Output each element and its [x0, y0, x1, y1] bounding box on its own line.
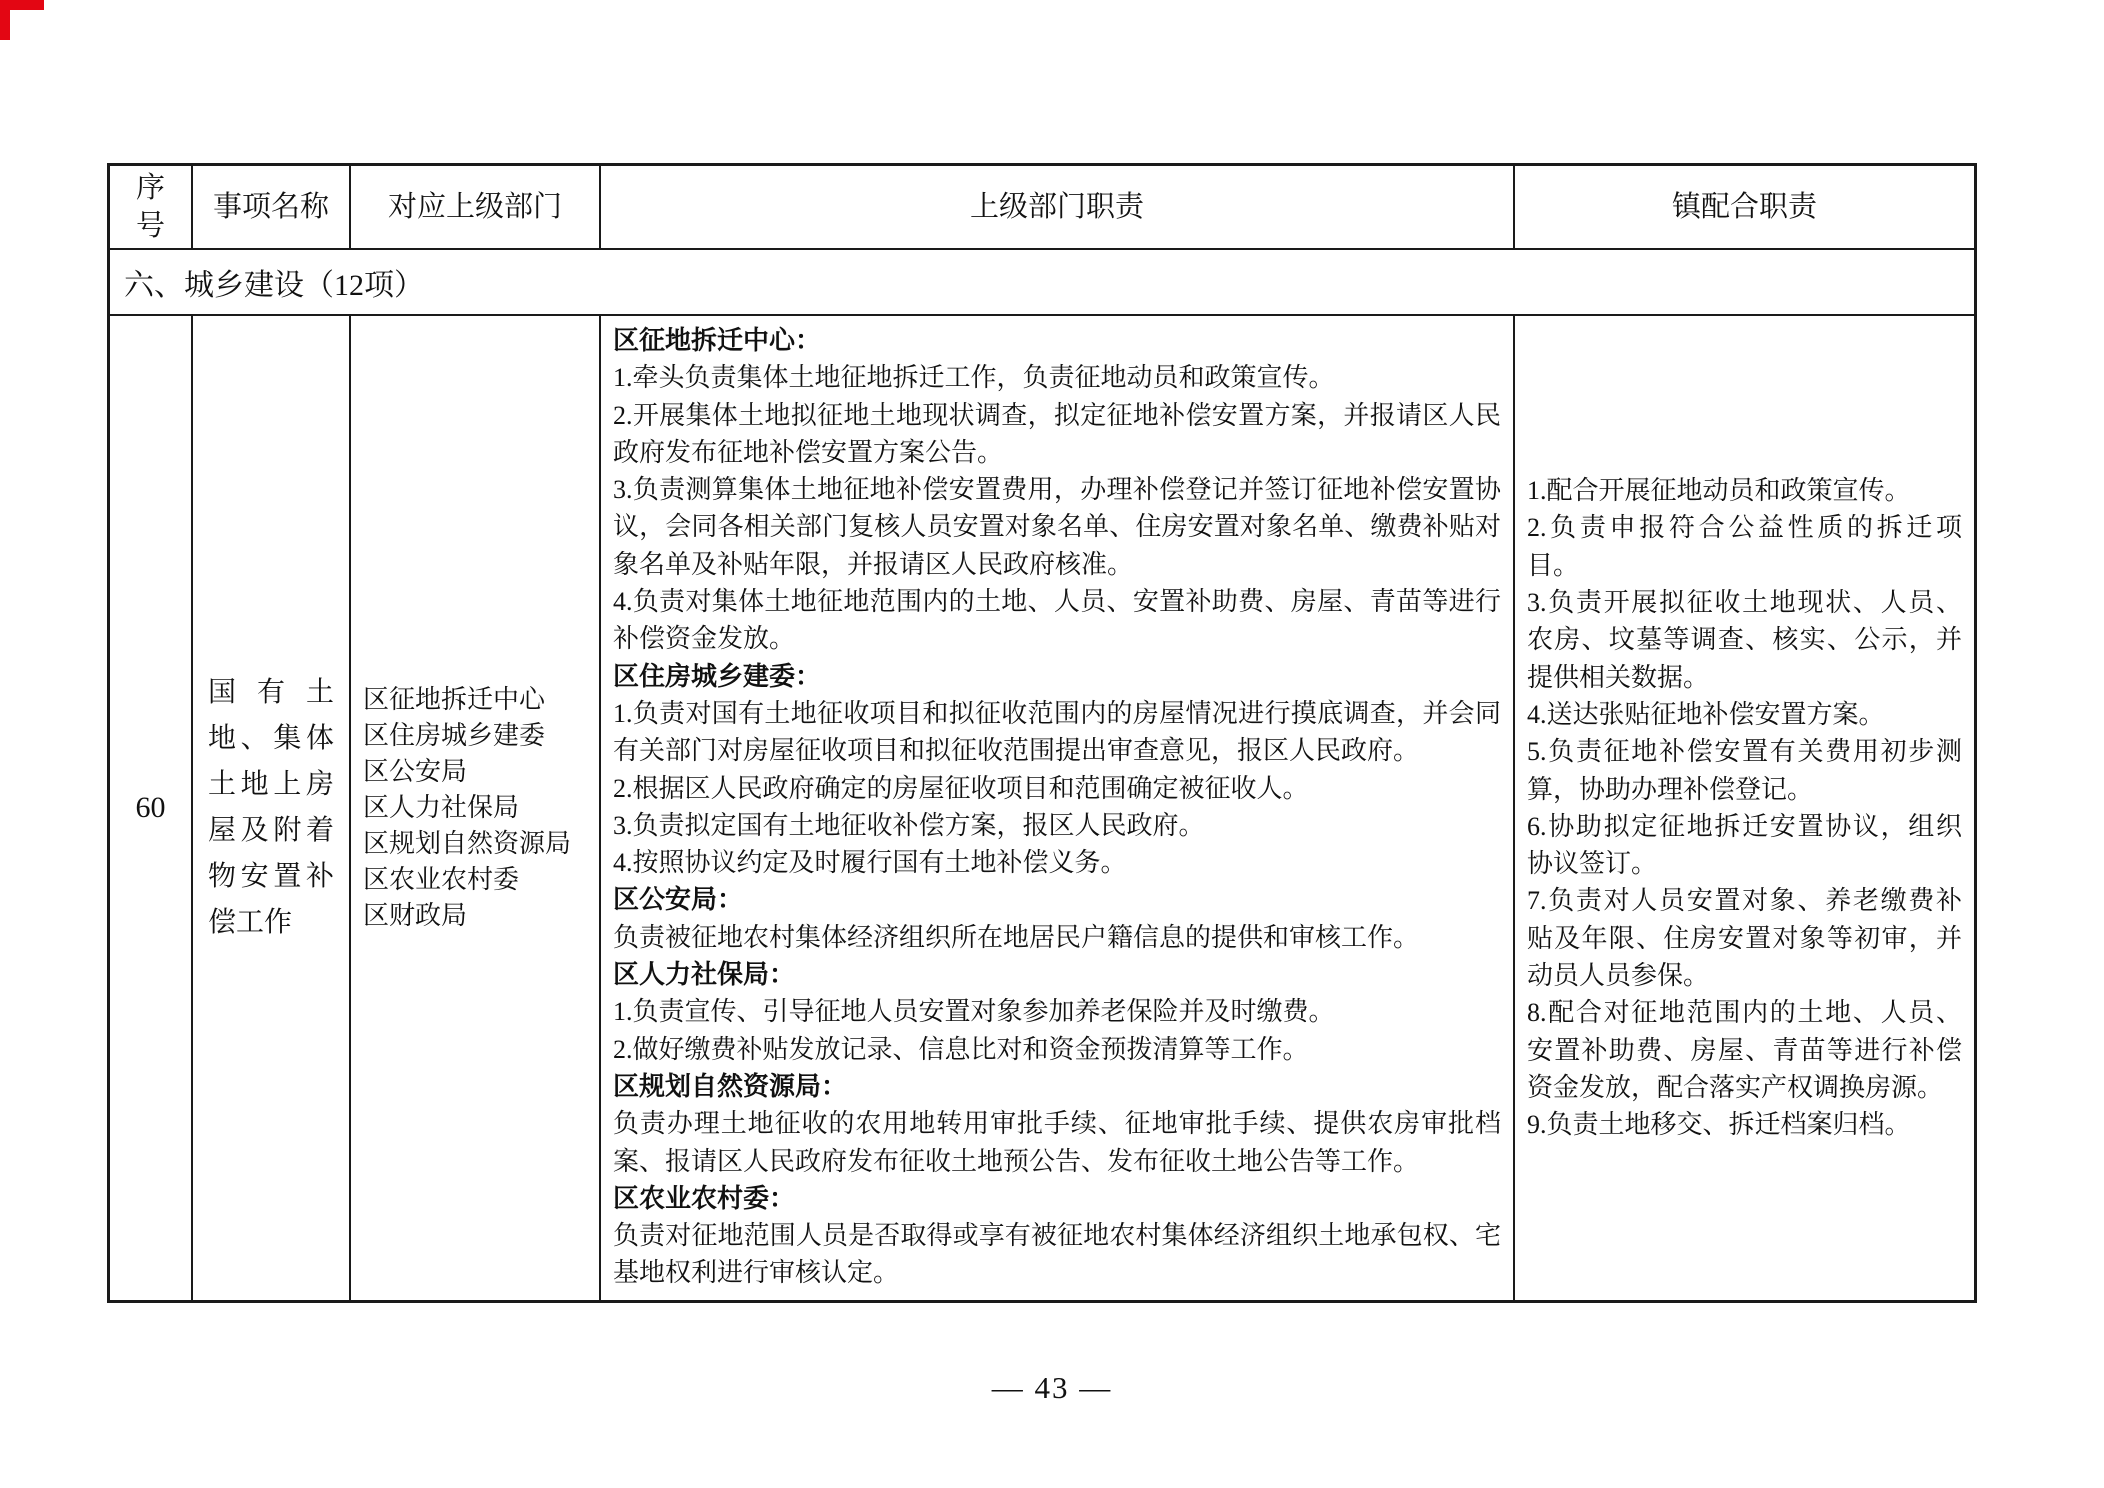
text-line: 3.负责拟定国有土地征收补偿方案，报区人民政府。	[613, 807, 1501, 844]
text-line: 9.负责土地移交、拆迁档案归档。	[1527, 1106, 1962, 1143]
text-line: 5.负责征地补偿安置有关费用初步测算，协助办理补偿登记。	[1527, 733, 1962, 808]
text-line: 1.负责宣传、引导征地人员安置对象参加养老保险并及时缴费。	[613, 993, 1501, 1030]
row-departments-list: 区征地拆迁中心区住房城乡建委区公安局区人力社保局区规划自然资源局区农业农村委区财…	[351, 316, 601, 1300]
document-page: 序 号 事项名称 对应上级部门 上级部门职责 镇配合职责 六、城乡建设（12项）…	[0, 0, 2104, 1488]
text-line: 区规划自然资源局：	[613, 1068, 1501, 1105]
row-item-name: 国有土地、集体土地上房屋及附着物安置补偿工作	[193, 316, 351, 1300]
text-line: 区人力社保局	[363, 790, 587, 826]
header-item-name: 事项名称	[193, 166, 351, 248]
row-town-cooperation: 1.配合开展征地动员和政策宣传。2.负责申报符合公益性质的拆迁项目。3.负责开展…	[1515, 316, 1974, 1300]
text-line: 4.负责对集体土地征地范围内的土地、人员、安置补助费、房屋、青苗等进行补偿资金发…	[613, 583, 1501, 658]
text-line: 区公安局	[363, 754, 587, 790]
text-line: 1.负责对国有土地征收项目和拟征收范围内的房屋情况进行摸底调查，并会同有关部门对…	[613, 695, 1501, 770]
red-corner-mark	[0, 0, 44, 40]
table-header-row: 序 号 事项名称 对应上级部门 上级部门职责 镇配合职责	[110, 166, 1974, 250]
header-superior-duties: 上级部门职责	[601, 166, 1515, 248]
duty-table: 序 号 事项名称 对应上级部门 上级部门职责 镇配合职责 六、城乡建设（12项）…	[107, 163, 1977, 1303]
text-line: 4.按照协议约定及时履行国有土地补偿义务。	[613, 844, 1501, 881]
text-line: 区人力社保局：	[613, 956, 1501, 993]
text-line: 2.负责申报符合公益性质的拆迁项目。	[1527, 509, 1962, 584]
row-superior-duties: 区征地拆迁中心：1.牵头负责集体土地征地拆迁工作，负责征地动员和政策宣传。2.开…	[601, 316, 1515, 1300]
text-line: 区规划自然资源局	[363, 826, 587, 862]
text-line: 区农业农村委	[363, 862, 587, 898]
text-line: 6.协助拟定征地拆迁安置协议，组织协议签订。	[1527, 808, 1962, 883]
text-line: 1.牵头负责集体土地征地拆迁工作，负责征地动员和政策宣传。	[613, 359, 1501, 396]
text-line: 8.配合对征地范围内的土地、人员、安置补助费、房屋、青苗等进行补偿资金发放，配合…	[1527, 994, 1962, 1106]
header-town-cooperation: 镇配合职责	[1515, 166, 1974, 248]
text-line: 4.送达张贴征地补偿安置方案。	[1527, 696, 1962, 733]
text-line: 负责被征地农村集体经济组织所在地居民户籍信息的提供和审核工作。	[613, 919, 1501, 956]
text-line: 区公安局：	[613, 881, 1501, 918]
header-departments: 对应上级部门	[351, 166, 601, 248]
text-line: 1.配合开展征地动员和政策宣传。	[1527, 472, 1962, 509]
text-line: 3.负责开展拟征收土地现状、人员、农房、坟墓等调查、核实、公示，并提供相关数据。	[1527, 584, 1962, 696]
text-line: 3.负责测算集体土地征地补偿安置费用，办理补偿登记并签订征地补偿安置协议，会同各…	[613, 471, 1501, 583]
text-line: 区住房城乡建委	[363, 718, 587, 754]
text-line: 2.做好缴费补贴发放记录、信息比对和资金预拨清算等工作。	[613, 1031, 1501, 1068]
text-line: 负责对征地范围人员是否取得或享有被征地农村集体经济组织土地承包权、宅基地权利进行…	[613, 1217, 1501, 1292]
text-line: 负责办理土地征收的农用地转用审批手续、征地审批手续、提供农房审批档案、报请区人民…	[613, 1105, 1501, 1180]
table-row: 60 国有土地、集体土地上房屋及附着物安置补偿工作 区征地拆迁中心区住房城乡建委…	[110, 316, 1974, 1300]
text-line: 7.负责对人员安置对象、养老缴费补贴及年限、住房安置对象等初审，并动员人员参保。	[1527, 882, 1962, 994]
text-line: 区征地拆迁中心	[363, 682, 587, 718]
header-seq: 序 号	[110, 166, 193, 248]
text-line: 区征地拆迁中心：	[613, 322, 1501, 359]
section-title-row: 六、城乡建设（12项）	[110, 250, 1974, 316]
text-line: 区农业农村委：	[613, 1180, 1501, 1217]
text-line: 区住房城乡建委：	[613, 658, 1501, 695]
text-line: 区财政局	[363, 898, 587, 934]
text-line: 2.开展集体土地拟征地土地现状调查，拟定征地补偿安置方案，并报请区人民政府发布征…	[613, 397, 1501, 472]
row-seq-number: 60	[110, 316, 193, 1300]
text-line: 2.根据区人民政府确定的房屋征收项目和范围确定被征收人。	[613, 770, 1501, 807]
page-number: — 43 —	[0, 1370, 2104, 1406]
